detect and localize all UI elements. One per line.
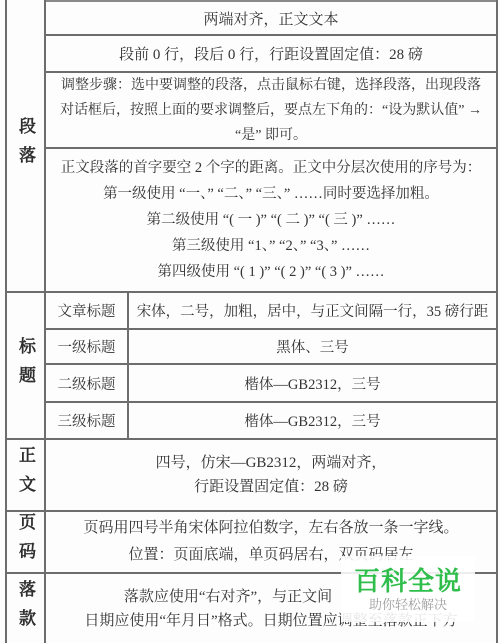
numbering-rule-row: 正文段落的首字要空 2 个字的距离。正文中分层次使用的序号为： 第一级使用 “一… [46,149,496,291]
steps-rule-row: 调整步骤：选中要调整的段落，点击鼠标右键，选择段落，出现段落 对话框后，按照上面… [46,73,496,149]
steps-line-1: 调整步骤：选中要调整的段落，点击鼠标右键，选择段落，出现段落 [61,73,481,98]
watermark-title: 百科全说 [354,566,462,596]
page-section-label: 页码 [13,513,38,571]
body-rule-row: 四号，仿宋—GB2312，两端对齐， 行距设置固定值：28 磅 [46,440,496,510]
title-value-level1: 黑体、三号 [129,330,496,363]
page-section-label-cell: 页码 [7,512,46,572]
signature-section-label-cell: 落款 [7,574,46,643]
numbering-line-4: 第三级使用 “1、” “2、” “3、” …… [172,233,370,259]
numbering-line-2: 第一级使用 “一、” “二、” “三、” ……同时要选择加粗。 [103,181,439,207]
title-section-content: 文章标题 宋体，二号，加粗，居中，与正文间隔一行，35 磅行距 一级标题 黑体、… [46,293,496,438]
steps-line-2: 对话框后，按照上面的要求调整后，要点左下角的：“设为默认值” → [60,98,482,123]
spacing-rule-text: 段前 0 行，段后 0 行，行距设置固定值：28 磅 [119,43,423,64]
page-line-1: 页码用四号半角宋体阿拉伯数字，左右各放一条一字线。 [83,515,458,542]
section-paragraph: 段落 两端对齐，正文文本 段前 0 行，段后 0 行，行距设置固定值：28 磅 … [7,0,496,293]
table-row: 一级标题 黑体、三号 [46,330,496,365]
title-value-level3: 楷体—GB2312，三号 [129,403,496,438]
watermark-subtitle: 助你轻松解决 [369,596,447,613]
title-term-level1: 一级标题 [46,330,129,363]
align-rule-text: 两端对齐，正文文本 [203,8,338,29]
spacing-rule-row: 段前 0 行，段后 0 行，行距设置固定值：28 磅 [46,36,496,73]
paragraph-section-label-cell: 段落 [7,0,46,291]
document-page: 段落 两端对齐，正文文本 段前 0 行，段后 0 行，行距设置固定值：28 磅 … [0,0,500,643]
paragraph-section-label: 段落 [13,117,38,175]
table-row: 二级标题 楷体—GB2312，三号 [46,365,496,403]
title-section-label-cell: 标题 [7,293,46,438]
steps-line-3: “是” 即可。 [235,123,307,148]
section-title: 标题 文章标题 宋体，二号，加粗，居中，与正文间隔一行，35 磅行距 一级标题 … [7,293,496,440]
body-section-label-cell: 正文 [7,440,46,510]
align-rule-row: 两端对齐，正文文本 [46,2,496,36]
title-value-level2: 楷体—GB2312，三号 [129,365,496,401]
paragraph-section-content: 两端对齐，正文文本 段前 0 行，段后 0 行，行距设置固定值：28 磅 调整步… [46,0,496,291]
section-body: 正文 四号，仿宋—GB2312，两端对齐， 行距设置固定值：28 磅 [7,440,496,512]
numbering-line-3: 第二级使用 “( 一 )” “( 二 )” “( 三 )” …… [147,207,396,233]
baikequanshuo-watermark: 百科全说 助你轻松解决 [341,556,475,622]
title-value-article: 宋体，二号，加粗，居中，与正文间隔一行，35 磅行距 [129,293,496,328]
body-section-label: 正文 [13,446,38,504]
body-line-1: 四号，仿宋—GB2312，两端对齐， [156,451,387,475]
numbering-line-5: 第四级使用 “( 1 )” “( 2 )” “( 3 )” …… [157,259,384,285]
title-term-level2: 二级标题 [46,365,129,401]
signature-section-label: 落款 [13,580,38,638]
body-line-2: 行距设置固定值：28 磅 [194,475,348,499]
numbering-line-1: 正文段落的首字要空 2 个字的距离。正文中分层次使用的序号为： [61,155,482,181]
title-term-level3: 三级标题 [46,403,129,438]
title-term-article: 文章标题 [46,293,129,328]
title-section-label: 标题 [13,337,38,395]
table-row: 文章标题 宋体，二号，加粗，居中，与正文间隔一行，35 磅行距 [46,293,496,330]
format-rules-table: 段落 两端对齐，正文文本 段前 0 行，段后 0 行，行距设置固定值：28 磅 … [5,0,498,643]
body-section-content: 四号，仿宋—GB2312，两端对齐， 行距设置固定值：28 磅 [46,440,496,510]
table-row: 三级标题 楷体—GB2312，三号 [46,403,496,438]
